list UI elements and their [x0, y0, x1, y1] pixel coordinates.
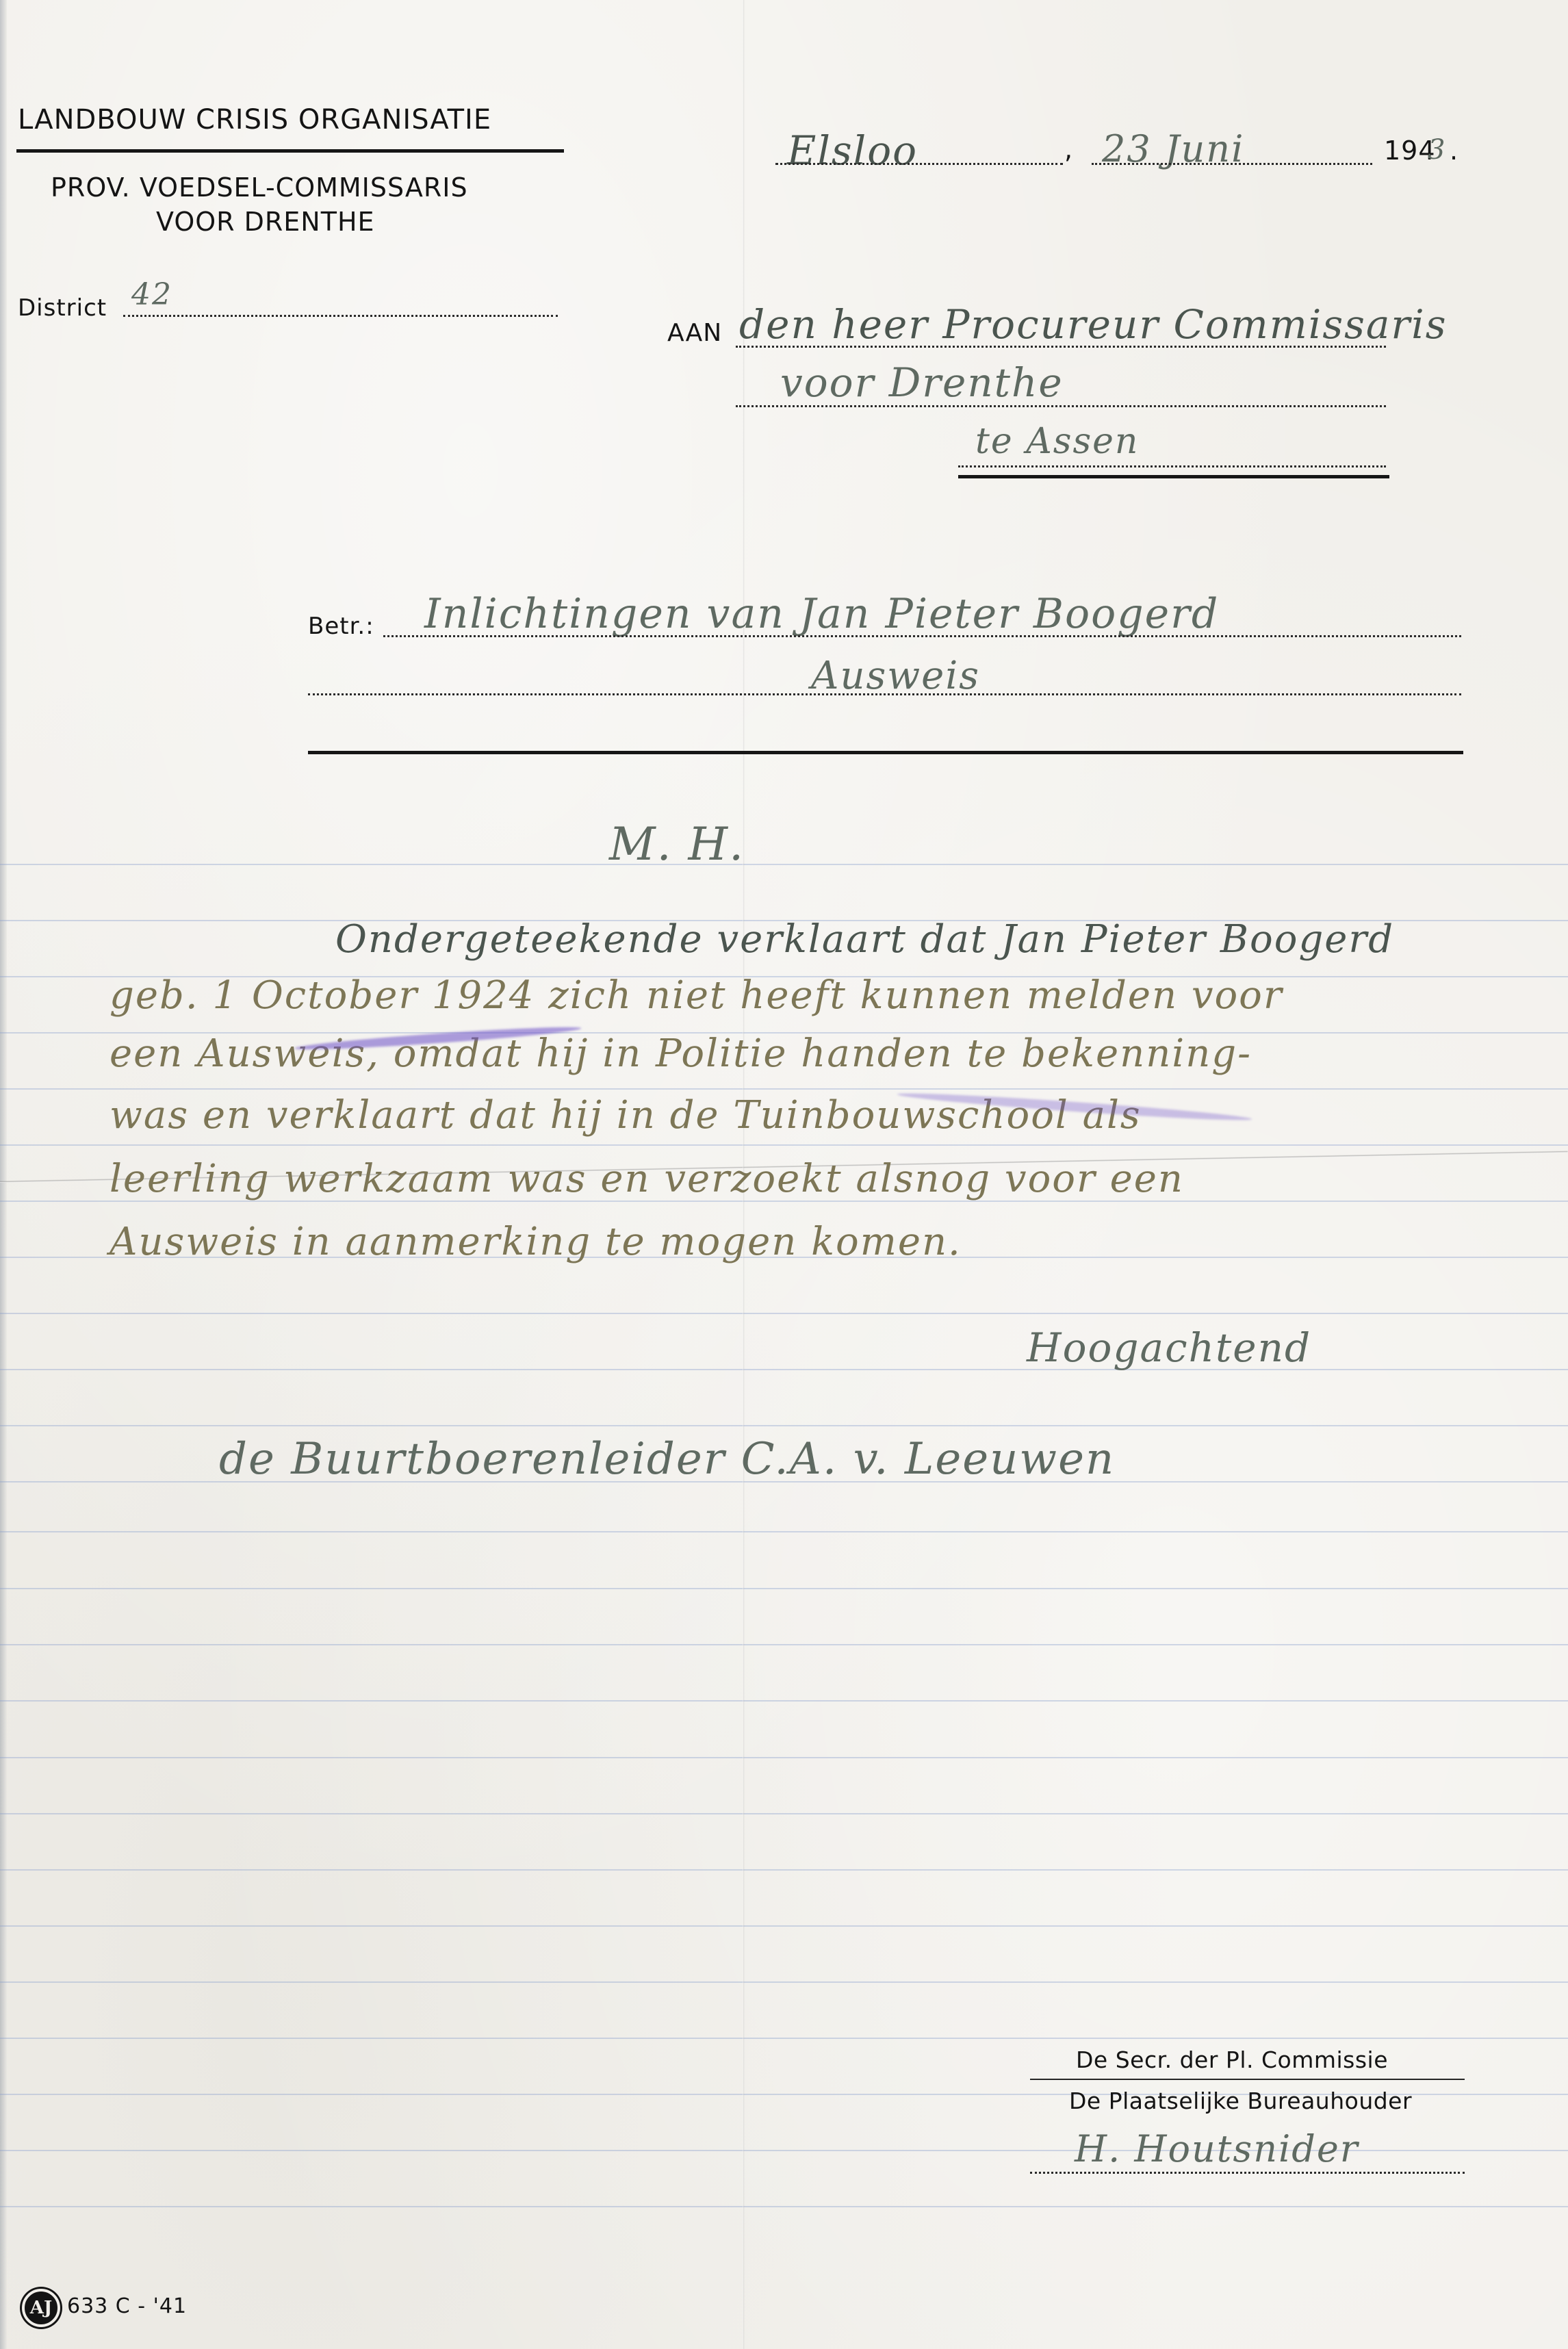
organisation-name: LANDBOUW CRISIS ORGANISATIE [18, 104, 491, 136]
footer-signature-line [1030, 2172, 1465, 2174]
department-line-1: PROV. VOEDSEL-COMMISSARIS [51, 172, 468, 203]
subject-underline [308, 751, 1463, 754]
year-handwritten-digit: 3 [1428, 134, 1446, 166]
ruled-line [0, 2206, 1568, 2207]
ruled-line [0, 1088, 1568, 1090]
footer-title-2: De Plaatselijke Bureauhouder [1069, 2088, 1412, 2114]
place-field-line [775, 163, 1063, 165]
ruled-line [0, 1531, 1568, 1532]
department-line-2: VOOR DRENTHE [156, 207, 375, 237]
addressee-field-line-1 [736, 346, 1386, 348]
addressee-line-2: voor Drenthe [780, 359, 1064, 406]
body-line-2: geb. 1 October 1924 zich niet heeft kunn… [110, 973, 1283, 1018]
date-terminator: . [1450, 136, 1458, 166]
salutation: M. H. [609, 818, 745, 871]
ruled-line [0, 1981, 1568, 1983]
ruled-line [0, 1757, 1568, 1758]
district-label: District [18, 294, 107, 322]
letter-page: LANDBOUW CRISIS ORGANISATIE PROV. VOEDSE… [0, 0, 1568, 2349]
addressee-label: AAN [667, 319, 722, 347]
ruled-line [0, 1588, 1568, 1589]
subject-line-2: Ausweis [811, 654, 980, 698]
body-line-3: een Ausweis, omdat hij in Politie handen… [110, 1031, 1252, 1076]
body-line-1: Ondergeteekende verklaart dat Jan Pieter… [335, 917, 1394, 962]
subject-label: Betr.: [308, 613, 374, 640]
place-handwritten: Elsloo [787, 127, 918, 174]
footer-title-1: De Secr. der Pl. Commissie [1076, 2046, 1388, 2073]
date-separator: , [1064, 134, 1073, 164]
footer-signature: H. Houtsnider [1075, 2127, 1359, 2170]
closing: Hoogachtend [1027, 1324, 1311, 1371]
addressee-line-3: te Assen [975, 421, 1139, 462]
addressee-field-line-2 [736, 405, 1386, 407]
form-code: 633 C - '41 [67, 2294, 187, 2318]
printer-logo-icon: AJ [22, 2289, 60, 2327]
ruled-line [0, 1313, 1568, 1314]
subject-line-1: Inlichtingen van Jan Pieter Boogerd [424, 590, 1219, 638]
subject-field-line-1 [383, 635, 1461, 637]
addressee-field-line-3 [958, 465, 1386, 467]
addressee-underline [958, 475, 1389, 478]
letterhead-divider [16, 149, 564, 153]
district-field-line [123, 315, 558, 317]
ruled-line [0, 1925, 1568, 1927]
ruled-line [0, 1700, 1568, 1702]
ruled-line [0, 1144, 1568, 1146]
body-line-5: leerling werkzaam was en verzoekt alsnog… [110, 1157, 1184, 1201]
ruled-line [0, 864, 1568, 865]
ruled-line [0, 1369, 1568, 1370]
district-value: 42 [131, 277, 172, 312]
ruled-line [0, 2038, 1568, 2039]
signatory-line: de Buurtboerenleider C.A. v. Leeuwen [219, 1434, 1115, 1485]
page-left-edge [0, 0, 7, 2349]
ruled-line [0, 1644, 1568, 1645]
ruled-line [0, 1869, 1568, 1871]
ruled-line [0, 1813, 1568, 1814]
addressee-line-1: den heer Procureur Commissaris [739, 301, 1447, 348]
body-line-6: Ausweis in aanmerking te mogen komen. [110, 1220, 962, 1264]
date-field-line [1092, 163, 1372, 165]
subject-field-line-2 [308, 693, 1461, 695]
ruled-line [0, 1425, 1568, 1426]
footer-divider [1030, 2079, 1465, 2080]
